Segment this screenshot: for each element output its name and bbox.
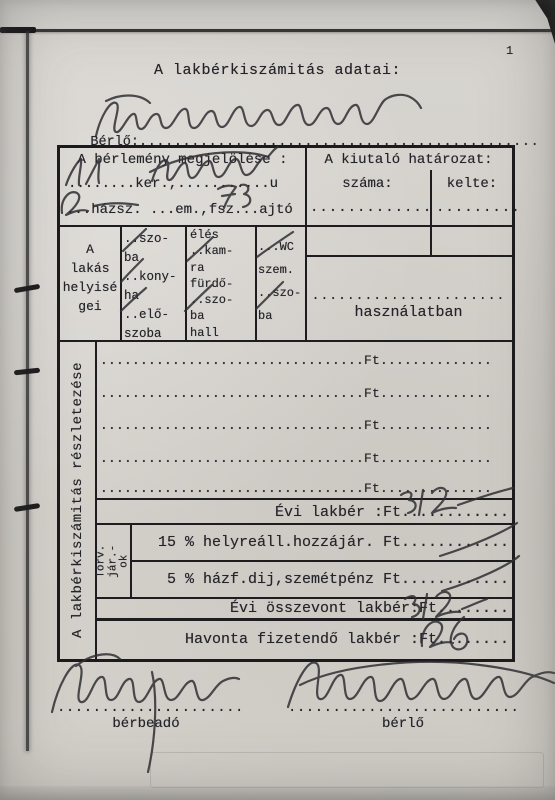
signature-line-right: .......................... <box>288 700 519 716</box>
decision-kelte-label: kelte: <box>432 176 512 192</box>
ft-line: .................................Ft.....… <box>100 353 492 368</box>
grid-line <box>130 560 512 562</box>
property-line-house: ...házsz. ...em.,fsz...ajtó <box>66 202 293 218</box>
ft-line: .................................Ft.....… <box>100 418 492 433</box>
signature-label-berlo: bérlő <box>288 716 518 732</box>
detail-side-label: A lakbérkiszámitás részletezése <box>70 362 86 638</box>
total-row-osszevont: Évi összevont lakbér:Ft........ <box>95 600 509 617</box>
grid-line <box>95 597 512 599</box>
decision-header: A kiutaló határozat: <box>305 152 512 168</box>
grid-line <box>185 225 187 340</box>
decision-szama-dots: ............. <box>310 200 432 216</box>
total-row-evi-lakber: Évi lakbér :Ft............ <box>95 504 509 521</box>
rooms-col-szoba: ..szo- ba ..kony- ha ..elő- szoba <box>124 230 177 344</box>
decision-kelte-dots: ......... <box>436 200 521 216</box>
usage-dots: ...................... <box>305 288 512 303</box>
scanned-form-page: 1 A lakbérkiszámitás adatai: Bérlő:.....… <box>0 0 555 800</box>
ft-line: .................................Ft.....… <box>100 451 492 466</box>
rooms-side-label: A lakás helyisé gei <box>60 240 120 316</box>
bottom-edge-shade <box>0 786 555 800</box>
top-page-edge-strip <box>0 0 555 29</box>
grid-line <box>60 225 512 227</box>
spine-line <box>26 31 29 751</box>
grid-line <box>120 225 122 340</box>
decision-szama-label: száma: <box>305 176 430 192</box>
grid-line <box>95 523 512 525</box>
rooms-col-wc: ...WC szem. ..szo- ba <box>258 236 301 328</box>
total-row-15-percent: 15 % helyreáll.hozzájár. Ft............ <box>95 534 509 551</box>
under-page-ghost-edge <box>150 752 544 788</box>
form-title: A lakbérkiszámitás adatai: <box>0 62 555 79</box>
ft-line: .................................Ft.....… <box>100 386 492 401</box>
total-row-5-percent: 5 % házf.dij,szemétpénz Ft............ <box>95 571 509 588</box>
grid-line <box>305 255 512 257</box>
detail-side-label-cell: A lakbérkiszámitás részletezése <box>60 340 95 659</box>
total-row-havonta: Havonta fizetendő lakbér :Ft........ <box>95 631 509 648</box>
top-edge-line <box>0 29 555 32</box>
grid-line <box>95 498 512 500</box>
property-header: A bérlemény megjelölése : <box>60 152 305 168</box>
grid-line <box>255 225 257 340</box>
top-left-edge-wedge <box>0 27 36 33</box>
property-line-district: ........ker.,...........u <box>68 176 278 192</box>
rooms-col-kamra: élés ..kam- ra fürdő- ..szo- ba hall <box>190 227 233 341</box>
ft-line: .................................Ft.....… <box>100 481 492 496</box>
signature-line-left: ..................... <box>57 700 244 716</box>
rent-form-table: A bérlemény megjelölése : ........ker.,.… <box>57 145 515 662</box>
page-number: 1 <box>506 44 513 58</box>
signature-label-berbeado: bérbeadó <box>57 716 235 732</box>
usage-label: használatban <box>305 304 512 321</box>
grid-line <box>95 618 512 621</box>
